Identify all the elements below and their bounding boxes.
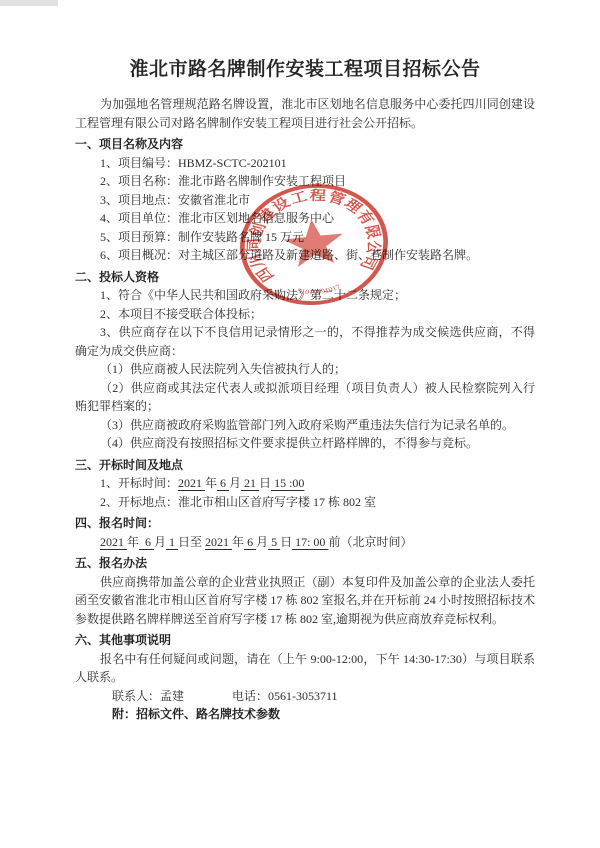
text-run: 年 <box>232 535 244 549</box>
document-title: 淮北市路名牌制作安装工程项目招标公告 <box>75 56 535 84</box>
doc-paragraph: 为加强地名管理规范路名牌设置，淮北市区划地名信息服务中心委托四川同创建设工程管理… <box>75 95 535 132</box>
underlined-value: 6 <box>244 535 256 549</box>
underlined-value: 6 <box>139 535 154 549</box>
underlined-value: 1 <box>166 535 178 549</box>
doc-paragraph: （3）供应商被政府采购监管部门列入政府采购严重违法失信行为记录名单的。 <box>75 416 535 435</box>
doc-paragraph: （1）供应商被人民法院列入失信被执行人的； <box>75 360 535 379</box>
text-run: 月 <box>256 535 268 549</box>
doc-item-line: 2、开标地点：淮北市相山区首府写字楼 17 栋 802 室 <box>75 493 535 512</box>
doc-section-heading: 三、开标时间及地点 <box>75 456 535 475</box>
text-run: 日 <box>259 476 271 490</box>
document-body: 淮北市路名牌制作安装工程项目招标公告 为加强地名管理规范路名牌设置，淮北市区划地… <box>0 56 600 724</box>
text-run: 前（北京时间） <box>328 535 412 549</box>
doc-item-line: 联系人：孟建 电话：0561-3053711 <box>75 687 535 706</box>
text-run: 月 <box>154 535 166 549</box>
doc-paragraph: 3、供应商存在以下不良信用记录情形之一的，不得推荐为成交候选供应商，不得确定为成… <box>75 323 535 360</box>
scan-artifact <box>0 0 58 6</box>
doc-item-line: 2、本项目不接受联合体投标； <box>75 305 535 324</box>
doc-paragraph: 供应商携带加盖公章的企业营业执照正（副）本复印件及加盖公章的企业法人委托函至安徽… <box>75 573 535 629</box>
doc-item-line: 2、项目名称：淮北市路名牌制作安装工程项目 <box>75 172 535 191</box>
underlined-value: 2021 <box>205 535 232 549</box>
document-blocks: 为加强地名管理规范路名牌设置，淮北市区划地名信息服务中心委托四川同创建设工程管理… <box>75 95 535 724</box>
doc-paragraph: （2）供应商或其法定代表人或拟派项目经理（项目负责人）被人民检察院列入行贿犯罪档… <box>75 379 535 416</box>
text-run: 月 <box>229 476 241 490</box>
doc-item-line: 4、项目单位：淮北市区划地名信息服务中心 <box>75 209 535 228</box>
doc-section-heading: 五、报名办法 <box>75 554 535 573</box>
doc-item-line: 3、项目地点：安徽省淮北市 <box>75 191 535 210</box>
underlined-value: 2021 <box>100 535 127 549</box>
underlined-value: 15 :00 <box>271 476 304 490</box>
text-run: 日至 <box>178 535 205 549</box>
doc-attachment-line: 附：招标文件、路名牌技术参数 <box>75 705 535 724</box>
doc-item-line: 1、项目编号：HBMZ-SCTC-202101 <box>75 154 535 173</box>
doc-paragraph: 报名中有任何疑问或问题，请在（上午 9:00-12:00，下午 14:30-17… <box>75 650 535 687</box>
text-run: 年 <box>205 476 217 490</box>
doc-section-heading: 四、报名时间： <box>75 514 535 533</box>
doc-item-line: 5、项目预算：制作安装路名牌 15 万元 <box>75 228 535 247</box>
doc-section-heading: 一、项目名称及内容 <box>75 135 535 154</box>
doc-paragraph: （4）供应商没有按照招标文件要求提供立杆路样牌的，不得参与竞标。 <box>75 434 535 453</box>
doc-item-line: 1、符合《中华人民共和国政府采购法》第二十二条规定； <box>75 286 535 305</box>
underlined-value: 17: 00 <box>292 535 328 549</box>
underlined-value: 2021 <box>178 476 205 490</box>
text-run: 1、开标时间： <box>100 476 178 490</box>
doc-section-heading: 六、其他事项说明 <box>75 631 535 650</box>
underlined-value: 5 <box>268 535 280 549</box>
text-run: 日 <box>280 535 292 549</box>
scanned-document-page: 淮北市路名牌制作安装工程项目招标公告 为加强地名管理规范路名牌设置，淮北市区划地… <box>0 0 600 848</box>
underlined-value: 21 <box>241 476 259 490</box>
doc-item-line: 2021 年 6 月 1 日至 2021 年 6 月 5 日 17: 00 前（… <box>75 533 535 552</box>
underlined-value: 6 <box>217 476 229 490</box>
doc-section-heading: 二、投标人资格 <box>75 268 535 287</box>
doc-item-line: 6、项目概况：对主城区部分道路及新建道路、街、巷制作安装路名牌。 <box>75 246 535 265</box>
doc-item-line: 1、开标时间：2021 年 6 月 21 日 15 :00 <box>75 474 535 493</box>
text-run: 年 <box>127 535 139 549</box>
